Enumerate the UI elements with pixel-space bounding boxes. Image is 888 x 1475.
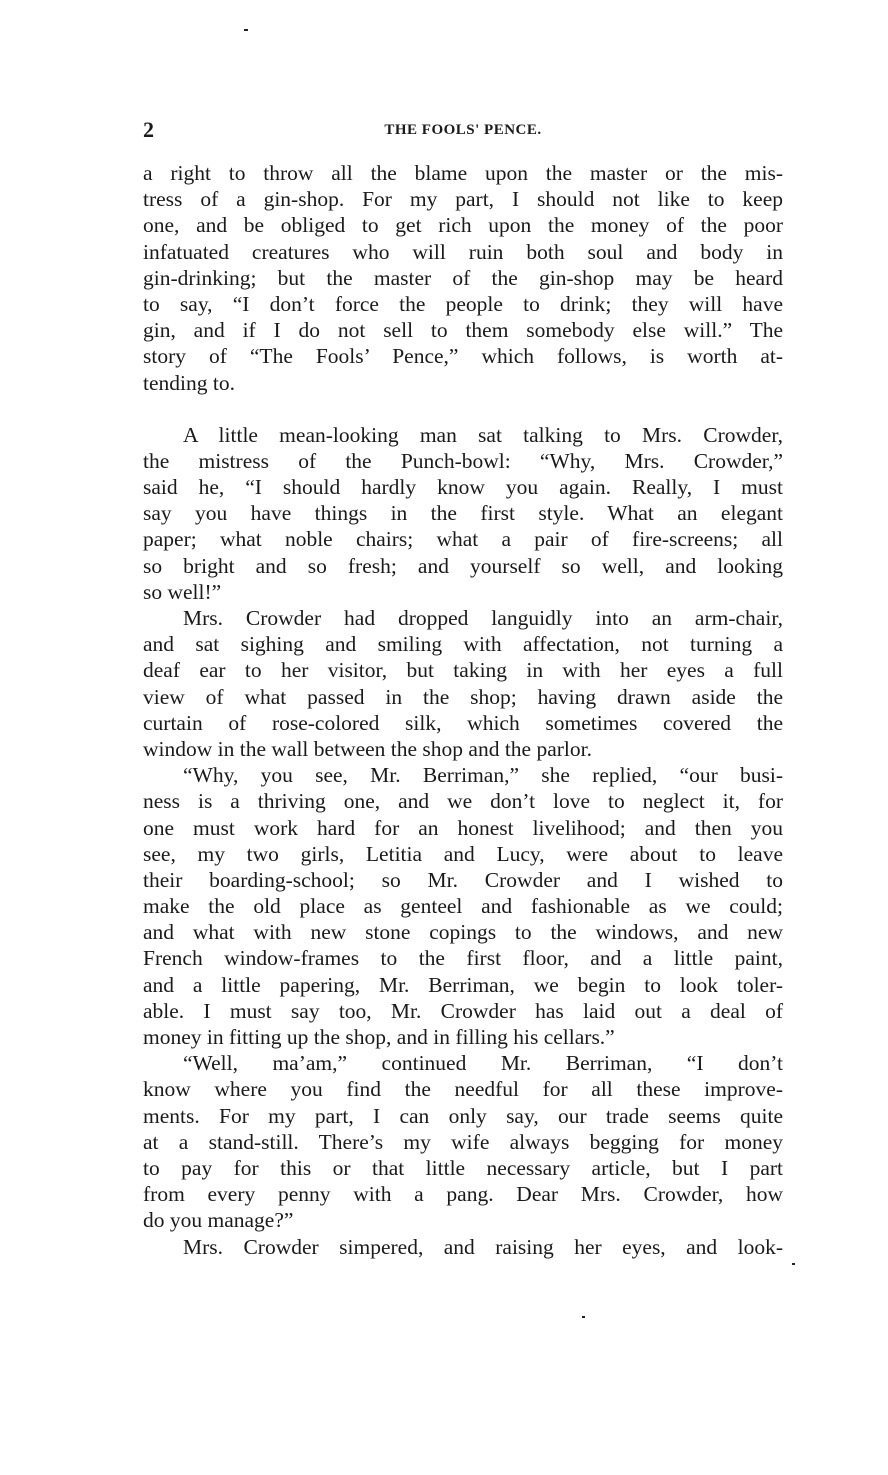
text-line: Mrs. Crowder had dropped languidly into … — [143, 605, 783, 631]
text-line: see, my two girls, Letitia and Lucy, wer… — [143, 841, 783, 867]
text-line: and what with new stone copings to the w… — [143, 919, 783, 945]
text-line: story of “The Fools’ Pence,” which follo… — [143, 343, 783, 369]
text-line: and a little papering, Mr. Berriman, we … — [143, 972, 783, 998]
text-line: to pay for this or that little necessary… — [143, 1155, 783, 1181]
text-line: gin, and if I do not sell to them somebo… — [143, 317, 783, 343]
paragraph: A little mean-looking man sat talking to… — [143, 422, 783, 605]
text-line: their boarding-school; so Mr. Crowder an… — [143, 867, 783, 893]
text-line: so well!” — [143, 579, 783, 605]
text-line: tress of a gin-shop. For my part, I shou… — [143, 186, 783, 212]
text-line: tending to. — [143, 370, 783, 396]
text-line: do you manage?” — [143, 1207, 783, 1233]
scan-speck — [244, 29, 248, 31]
text-line: A little mean-looking man sat talking to… — [143, 422, 783, 448]
scan-speck — [792, 1263, 795, 1265]
text-line: able. I must say too, Mr. Crowder has la… — [143, 998, 783, 1024]
text-line: “Why, you see, Mr. Berriman,” she replie… — [143, 762, 783, 788]
text-line: one must work hard for an honest livelih… — [143, 815, 783, 841]
text-line: know where you find the needful for all … — [143, 1076, 783, 1102]
text-line: “Well, ma’am,” continued Mr. Berriman, “… — [143, 1050, 783, 1076]
text-line: from every penny with a pang. Dear Mrs. … — [143, 1181, 783, 1207]
text-line: window in the wall between the shop and … — [143, 736, 783, 762]
text-line: said he, “I should hardly know you again… — [143, 474, 783, 500]
text-line: Mrs. Crowder simpered, and raising her e… — [143, 1234, 783, 1260]
text-line: to say, “I don’t force the people to dri… — [143, 291, 783, 317]
text-line: so bright and so fresh; and yourself so … — [143, 553, 783, 579]
text-line: curtain of rose-colored silk, which some… — [143, 710, 783, 736]
paragraph: Mrs. Crowder simpered, and raising her e… — [143, 1234, 783, 1260]
text-line: ness is a thriving one, and we don’t lov… — [143, 788, 783, 814]
text-line: infatuated creatures who will ruin both … — [143, 239, 783, 265]
text-line: the mistress of the Punch-bowl: “Why, Mr… — [143, 448, 783, 474]
text-line: view of what passed in the shop; having … — [143, 684, 783, 710]
text-line: gin-drinking; but the master of the gin-… — [143, 265, 783, 291]
paragraph: “Why, you see, Mr. Berriman,” she replie… — [143, 762, 783, 1050]
paragraph: a right to throw all the blame upon the … — [143, 160, 783, 396]
text-line: make the old place as genteel and fashio… — [143, 893, 783, 919]
running-header: 2 THE FOOLS' PENCE. — [143, 118, 783, 142]
scan-speck — [582, 1316, 585, 1318]
text-line: a right to throw all the blame upon the … — [143, 160, 783, 186]
text-line: paper; what noble chairs; what a pair of… — [143, 526, 783, 552]
text-line: say you have things in the first style. … — [143, 500, 783, 526]
text-line: ments. For my part, I can only say, our … — [143, 1103, 783, 1129]
text-line: deaf ear to her visitor, but taking in w… — [143, 657, 783, 683]
text-line: one, and be obliged to get rich upon the… — [143, 212, 783, 238]
text-line: French window-frames to the first floor,… — [143, 945, 783, 971]
paragraph: “Well, ma’am,” continued Mr. Berriman, “… — [143, 1050, 783, 1233]
body-text: a right to throw all the blame upon the … — [143, 160, 783, 1260]
text-line: and sat sighing and smiling with affecta… — [143, 631, 783, 657]
paragraph: Mrs. Crowder had dropped languidly into … — [143, 605, 783, 762]
running-title: THE FOOLS' PENCE. — [143, 120, 783, 140]
section-gap — [143, 396, 783, 422]
text-line: money in fitting up the shop, and in fil… — [143, 1024, 783, 1050]
book-page: 2 THE FOOLS' PENCE. a right to throw all… — [0, 0, 888, 1475]
text-line: at a stand-still. There’s my wife always… — [143, 1129, 783, 1155]
